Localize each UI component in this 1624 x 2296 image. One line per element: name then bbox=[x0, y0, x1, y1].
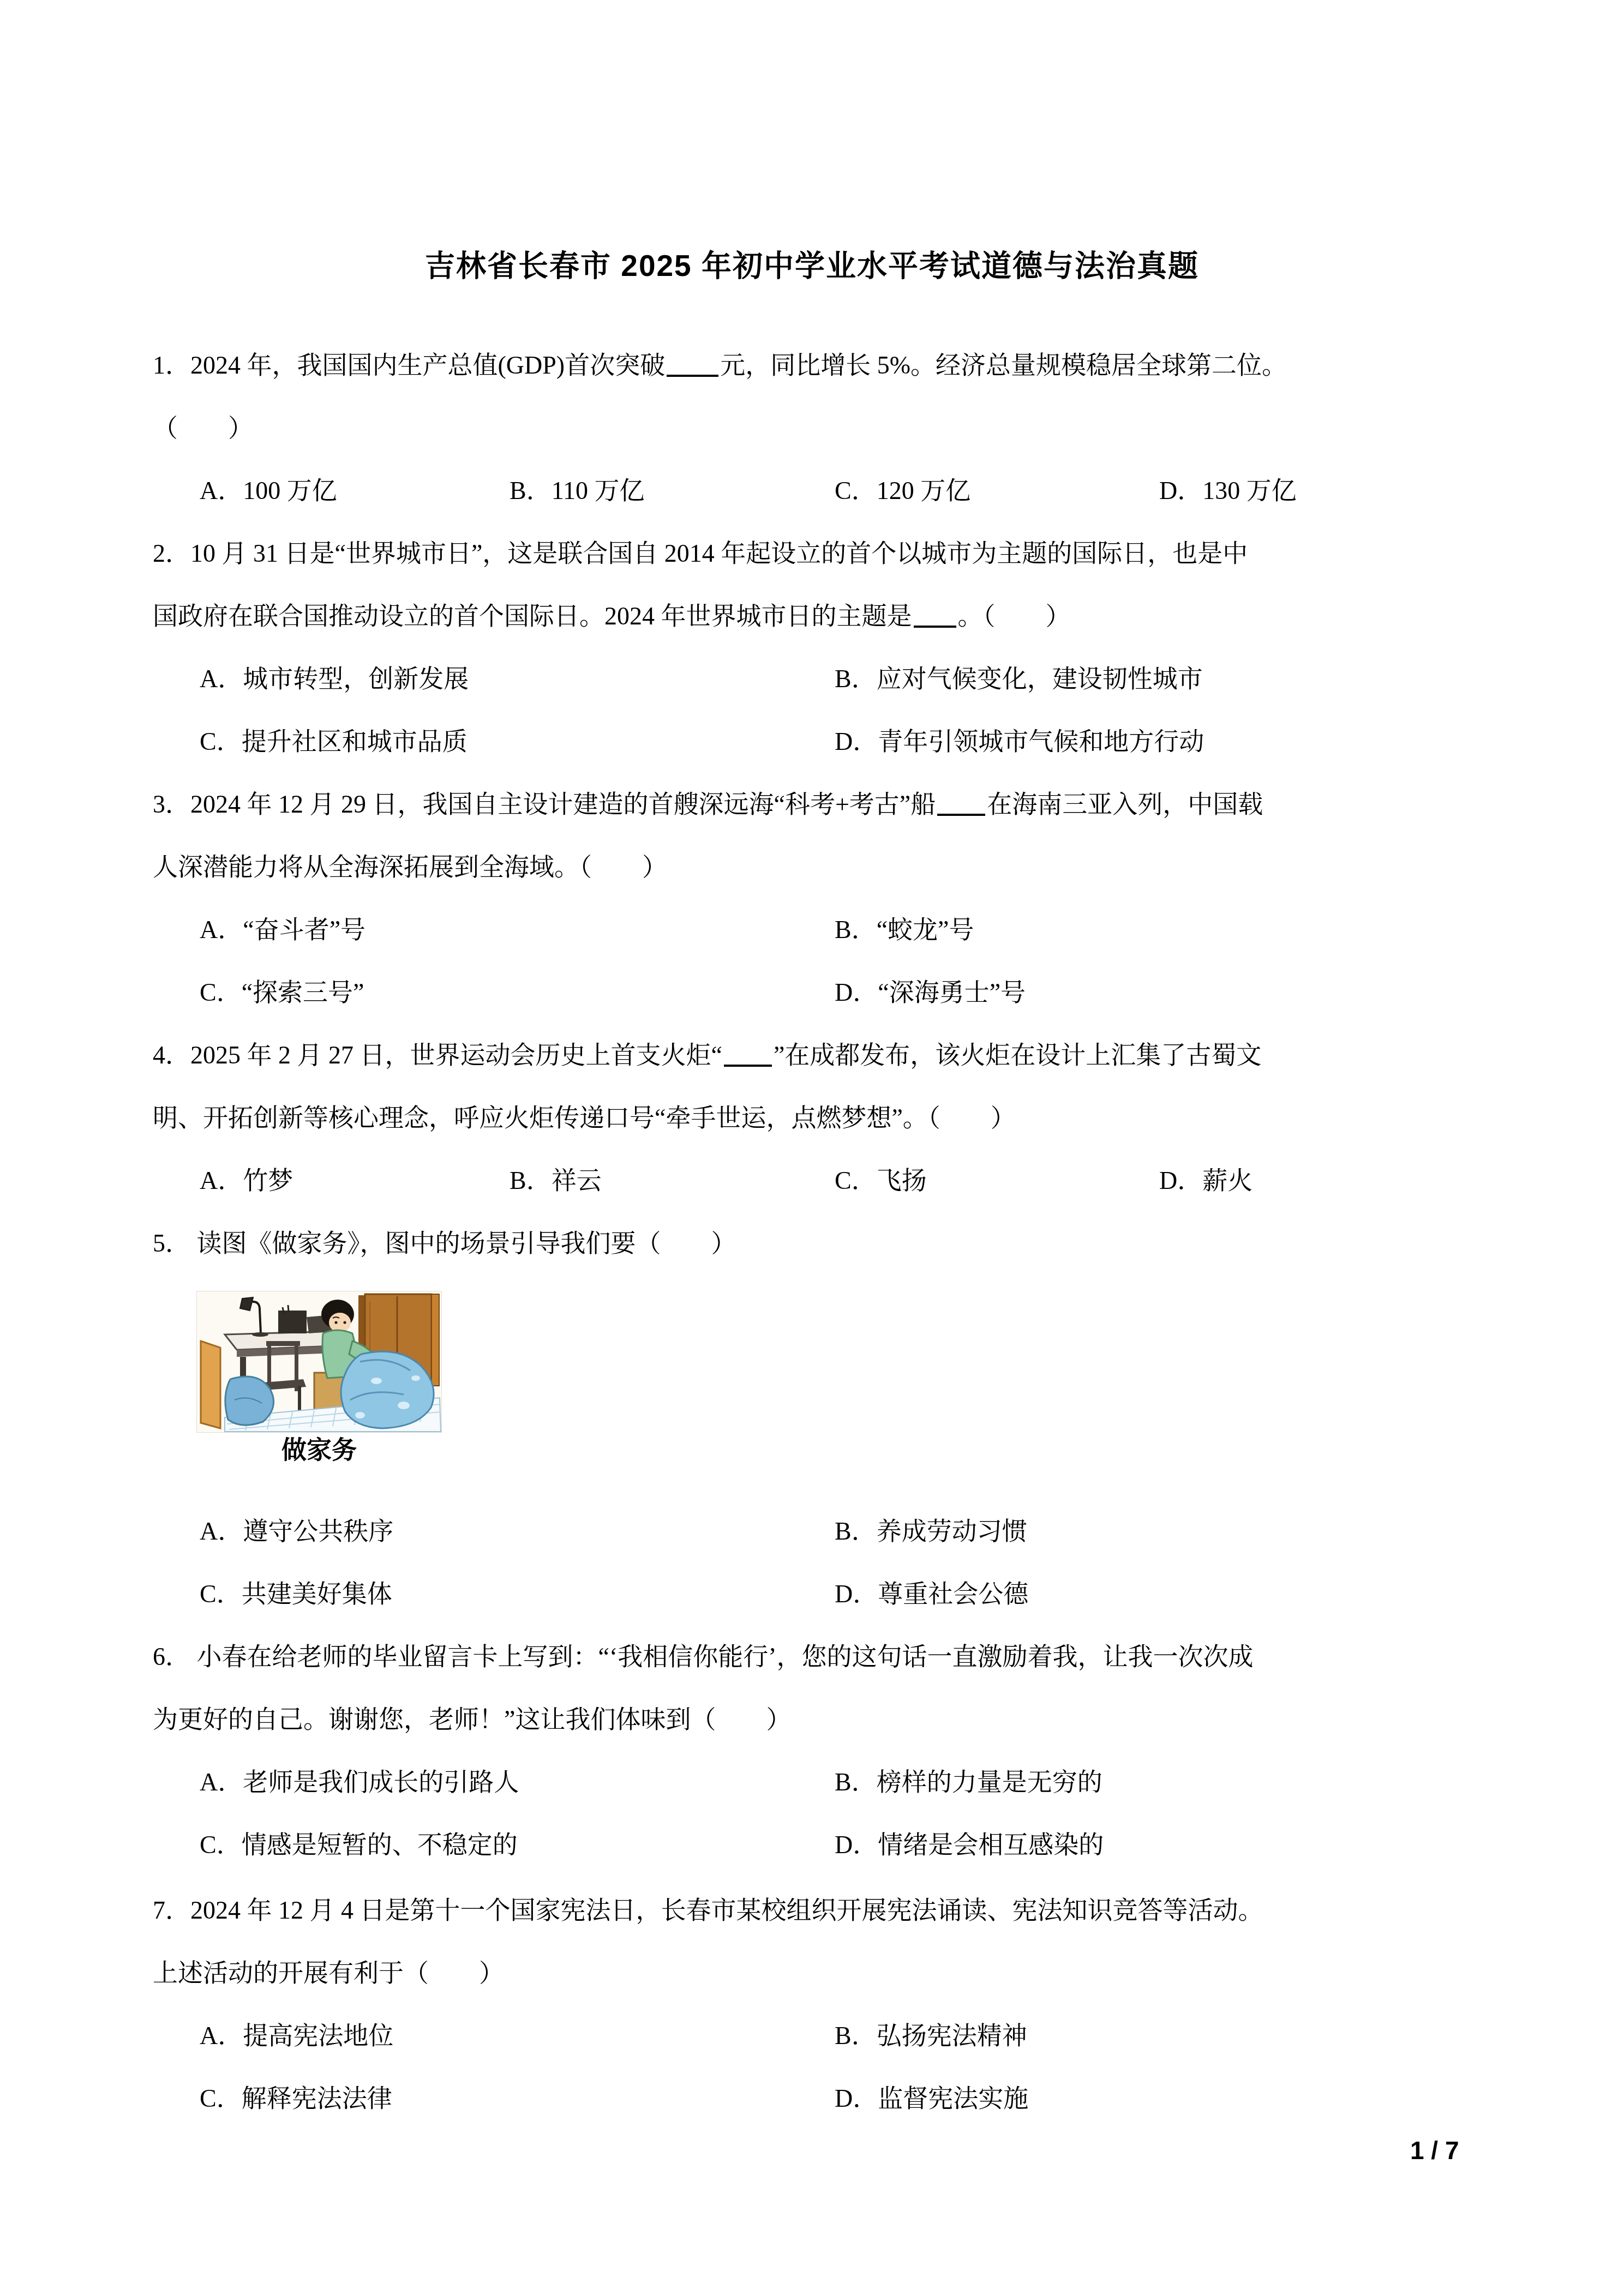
page-number: 1 / 7 bbox=[1410, 2126, 1459, 2175]
fill-in-blank bbox=[667, 361, 718, 377]
question-4-line-1: 4．2025 年 2 月 27 日，世界运动会历史上首支火炬“”在成都发布，该火… bbox=[153, 1024, 1261, 1086]
option-d: D．监督宪法实施 bbox=[835, 2067, 1028, 2130]
option-a: A．提高宪法地位 bbox=[200, 2004, 393, 2067]
question-1-line-1: 1．2024 年，我国国内生产总值(GDP)首次突破元，同比增长 5%。经济总量… bbox=[153, 334, 1287, 396]
option-b: B．养成劳动习惯 bbox=[835, 1500, 1027, 1562]
option-d: D．青年引领城市气候和地方行动 bbox=[835, 710, 1204, 773]
question-3-options-ab: A．“奋斗者”号 B．“蛟龙”号 bbox=[153, 898, 1517, 961]
question-2-line-1: 2．10 月 31 日是“世界城市日”，这是联合国自 2014 年起设立的首个以… bbox=[153, 522, 1248, 585]
question-5-options-cd: C．共建美好集体 D．尊重社会公德 bbox=[153, 1562, 1517, 1625]
option-c: C．飞扬 bbox=[835, 1149, 927, 1212]
option-d: D．薪火 bbox=[1159, 1149, 1253, 1212]
figure-quilt-small bbox=[225, 1377, 274, 1425]
question-3-text-pre: 3．2024 年 12 月 29 日，我国自主设计建造的首艘深远海“科考+考古”… bbox=[153, 790, 936, 818]
option-a: A．100 万亿 bbox=[200, 459, 337, 522]
option-c: C．120 万亿 bbox=[835, 459, 970, 522]
question-3-line-2: 人深潜能力将从全海深拓展到全海域。（ ） bbox=[153, 836, 667, 898]
housework-illustration bbox=[196, 1291, 442, 1433]
question-5-options-ab: A．遵守公共秩序 B．养成劳动习惯 bbox=[153, 1500, 1517, 1562]
fill-in-blank bbox=[724, 1051, 772, 1067]
question-7-options-ab: A．提高宪法地位 B．弘扬宪法精神 bbox=[153, 2004, 1517, 2067]
question-4-text-pre: 4．2025 年 2 月 27 日，世界运动会历史上首支火炬“ bbox=[153, 1041, 722, 1069]
option-c: C．情感是短暂的、不稳定的 bbox=[200, 1813, 518, 1876]
fill-in-blank bbox=[937, 800, 985, 816]
page-title: 吉林省长春市 2025 年初中学业水平考试道德与法治真题 bbox=[0, 235, 1624, 297]
option-d: D．“深海勇士”号 bbox=[835, 961, 1026, 1024]
question-4-options: A．竹梦 B．祥云 C．飞扬 D．薪火 bbox=[153, 1149, 1517, 1212]
option-a: A．遵守公共秩序 bbox=[200, 1500, 393, 1562]
question-2-options-cd: C．提升社区和城市品质 D．青年引领城市气候和地方行动 bbox=[153, 710, 1517, 773]
question-3-line-1: 3．2024 年 12 月 29 日，我国自主设计建造的首艘深远海“科考+考古”… bbox=[153, 773, 1263, 836]
option-a: A．老师是我们成长的引路人 bbox=[200, 1751, 519, 1813]
fill-in-blank bbox=[914, 612, 956, 628]
option-b: B．祥云 bbox=[510, 1149, 602, 1212]
question-2-text-pre: 国政府在联合国推动设立的首个国际日。2024 年世界城市日的主题是 bbox=[153, 602, 912, 630]
option-b: B．“蛟龙”号 bbox=[835, 898, 974, 961]
option-c: C．解释宪法法律 bbox=[200, 2067, 392, 2130]
question-6-options-cd: C．情感是短暂的、不稳定的 D．情绪是会相互感染的 bbox=[153, 1813, 1517, 1876]
option-a: A．“奋斗者”号 bbox=[200, 898, 365, 961]
question-2-text-post: 。（ ） bbox=[958, 602, 1071, 630]
option-d: D．130 万亿 bbox=[1159, 459, 1297, 522]
option-d: D．情绪是会相互感染的 bbox=[835, 1813, 1104, 1876]
option-c: C．“探索三号” bbox=[200, 961, 364, 1024]
question-1-text-post: 元，同比增长 5%。经济总量规模稳居全球第二位。 bbox=[720, 351, 1287, 379]
question-1-options: A．100 万亿 B．110 万亿 C．120 万亿 D．130 万亿 bbox=[153, 459, 1517, 522]
option-c: C．提升社区和城市品质 bbox=[200, 710, 468, 773]
question-6-line-2: 为更好的自己。谢谢您，老师！”这让我们体味到（ ） bbox=[153, 1688, 791, 1751]
exam-page: 吉林省长春市 2025 年初中学业水平考试道德与法治真题 1．2024 年，我国… bbox=[0, 0, 1624, 2296]
question-4-text-post: ”在成都发布，该火炬在设计上汇集了古蜀文 bbox=[774, 1041, 1261, 1069]
option-d: D．尊重社会公德 bbox=[835, 1562, 1028, 1625]
question-6-options-ab: A．老师是我们成长的引路人 B．榜样的力量是无穷的 bbox=[153, 1751, 1517, 1813]
option-a: A．竹梦 bbox=[200, 1149, 293, 1212]
figure-headboard bbox=[201, 1341, 220, 1428]
question-6-line-1: 6． 小春在给老师的毕业留言卡上写到：“‘我相信你能行’，您的这句话一直激励着我… bbox=[153, 1625, 1254, 1688]
question-2-line-2: 国政府在联合国推动设立的首个国际日。2024 年世界城市日的主题是。（ ） bbox=[153, 585, 1071, 647]
question-3-options-cd: C．“探索三号” D．“深海勇士”号 bbox=[153, 961, 1517, 1024]
question-3-text-post: 在海南三亚入列，中国载 bbox=[987, 790, 1263, 818]
question-4-line-2: 明、开拓创新等核心理念，呼应火炬传递口号“牵手世运，点燃梦想”。（ ） bbox=[153, 1086, 1016, 1149]
option-b: B．应对气候变化，建设韧性城市 bbox=[835, 647, 1203, 710]
question-7-line-2: 上述活动的开展有利于（ ） bbox=[153, 1942, 504, 2004]
option-c: C．共建美好集体 bbox=[200, 1562, 392, 1625]
question-7-line-1: 7．2024 年 12 月 4 日是第十一个国家宪法日，长春市某校组织开展宪法诵… bbox=[153, 1879, 1263, 1942]
question-2-options-ab: A．城市转型，创新发展 B．应对气候变化，建设韧性城市 bbox=[153, 647, 1517, 710]
option-b: B．弘扬宪法精神 bbox=[835, 2004, 1027, 2067]
option-b: B．110 万亿 bbox=[510, 459, 644, 522]
figure-caption: 做家务 bbox=[196, 1433, 442, 1468]
option-b: B．榜样的力量是无穷的 bbox=[835, 1751, 1102, 1813]
question-7-options-cd: C．解释宪法法律 D．监督宪法实施 bbox=[153, 2067, 1517, 2130]
question-1-text-pre: 1．2024 年，我国国内生产总值(GDP)首次突破 bbox=[153, 351, 665, 379]
option-a: A．城市转型，创新发展 bbox=[200, 647, 469, 710]
question-5-line-1: 5． 读图《做家务》，图中的场景引导我们要（ ） bbox=[153, 1212, 736, 1275]
question-1-line-2: （ ） bbox=[153, 396, 253, 459]
